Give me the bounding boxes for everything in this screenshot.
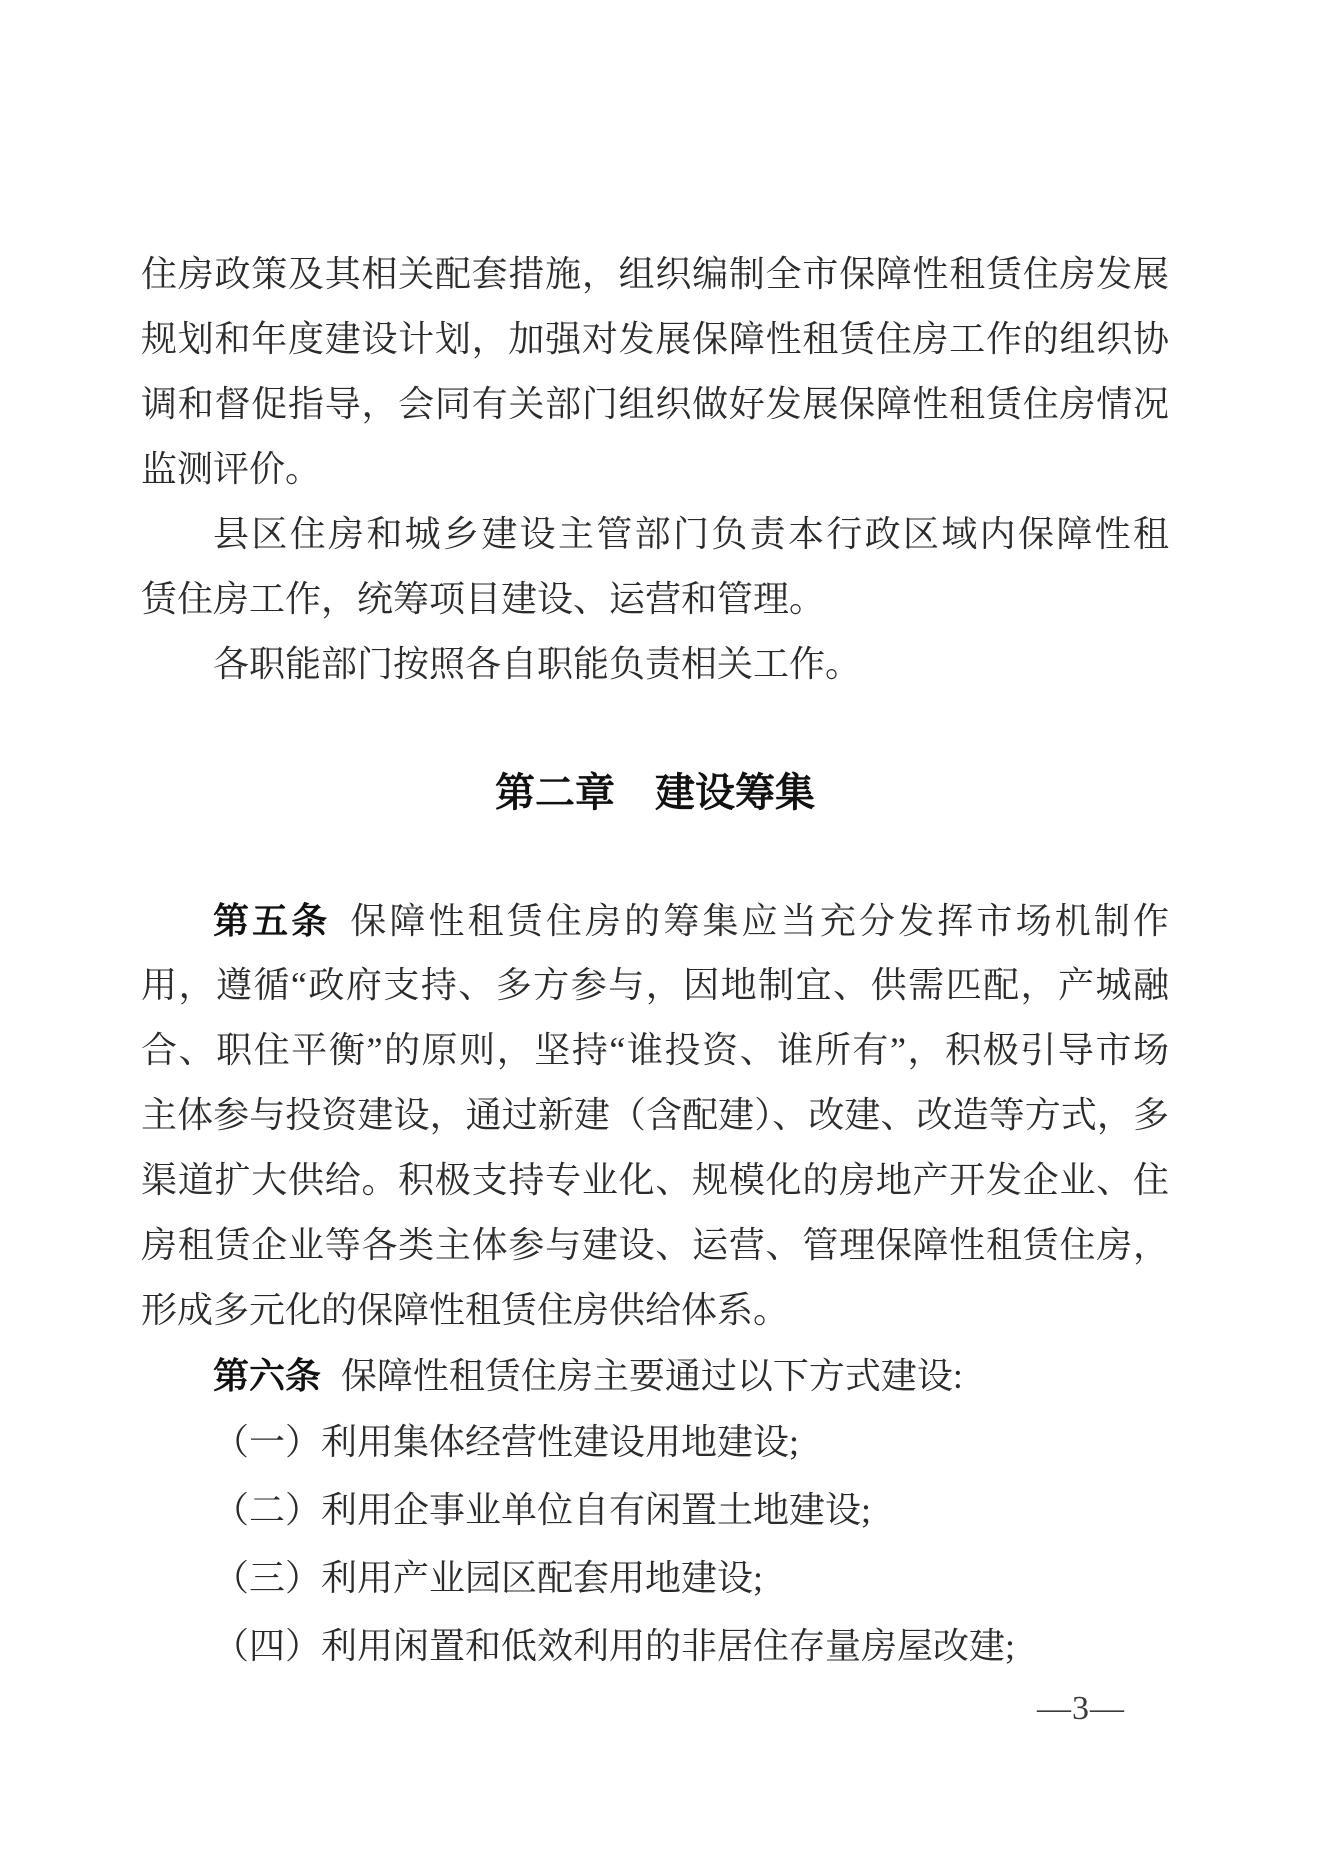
page-number: —3— xyxy=(1037,1692,1125,1726)
paragraph-county-responsibility: 县区住房和城乡建设主管部门负责本行政区域内保障性租 赁住房工作，统筹项目建设、运… xyxy=(141,502,1169,632)
document-page: 住房政策及其相关配套措施，组织编制全市保障性租赁住房发展 规划和年度建设计划，加… xyxy=(0,0,1322,1871)
paragraph-monitoring: 住房政策及其相关配套措施，组织编制全市保障性租赁住房发展 规划和年度建设计划，加… xyxy=(141,242,1169,502)
body-line: 形成多元化的保障性租赁住房供给体系。 xyxy=(141,1278,1169,1343)
body-line: 用，遵循“政府支持、多方参与，因地制宜、供需匹配，产城融 xyxy=(141,953,1169,1018)
article-6-label: 第六条 xyxy=(213,1355,321,1396)
body-line: 合、职住平衡”的原则，坚持“谁投资、谁所有”，积极引导市场 xyxy=(141,1018,1169,1083)
body-line: 渠道扩大供给。积极支持专业化、规模化的房地产开发企业、住 xyxy=(141,1148,1169,1213)
body-line: 赁住房工作，统筹项目建设、运营和管理。 xyxy=(141,567,1169,632)
paragraph-departments: 各职能部门按照各自职能负责相关工作。 xyxy=(141,632,1169,697)
body-line: 调和督促指导，会同有关部门组织做好发展保障性租赁住房情况 xyxy=(141,372,1169,437)
list-item: （四）利用闲置和低效利用的非居住存量房屋改建; xyxy=(141,1612,1169,1680)
body-line: 第六条保障性租赁住房主要通过以下方式建设: xyxy=(141,1343,1169,1408)
body-line: 监测评价。 xyxy=(141,437,1169,502)
body-line: 规划和年度建设计划，加强对发展保障性租赁住房工作的组织协 xyxy=(141,307,1169,372)
paragraph-article-5: 第五条保障性租赁住房的筹集应当充分发挥市场机制作 用，遵循“政府支持、多方参与，… xyxy=(141,888,1169,1343)
text-block: 住房政策及其相关配套措施，组织编制全市保障性租赁住房发展 规划和年度建设计划，加… xyxy=(141,242,1169,1680)
body-line: 各职能部门按照各自职能负责相关工作。 xyxy=(141,632,1169,697)
body-line: 主体参与投资建设，通过新建（含配建）、改建、改造等方式，多 xyxy=(141,1083,1169,1148)
chapter-heading: 第二章 建设筹集 xyxy=(141,761,1169,826)
list-item: （三）利用产业园区配套用地建设; xyxy=(141,1544,1169,1612)
body-line: 住房政策及其相关配套措施，组织编制全市保障性租赁住房发展 xyxy=(141,242,1169,307)
article-6-item-list: （一）利用集体经营性建设用地建设; （二）利用企事业单位自有闲置土地建设; （三… xyxy=(141,1408,1169,1680)
list-item: （二）利用企事业单位自有闲置土地建设; xyxy=(141,1476,1169,1544)
body-text: 保障性租赁住房的筹集应当充分发挥市场机制作 xyxy=(350,901,1169,941)
body-line: 县区住房和城乡建设主管部门负责本行政区域内保障性租 xyxy=(141,502,1169,567)
body-text: 保障性租赁住房主要通过以下方式建设: xyxy=(341,1356,963,1396)
paragraph-article-6: 第六条保障性租赁住房主要通过以下方式建设: xyxy=(141,1343,1169,1408)
body-line: 房租赁企业等各类主体参与建设、运营、管理保障性租赁住房， xyxy=(141,1213,1169,1278)
body-line: 第五条保障性租赁住房的筹集应当充分发挥市场机制作 xyxy=(141,888,1169,953)
article-5-label: 第五条 xyxy=(213,900,330,941)
list-item: （一）利用集体经营性建设用地建设; xyxy=(141,1408,1169,1476)
